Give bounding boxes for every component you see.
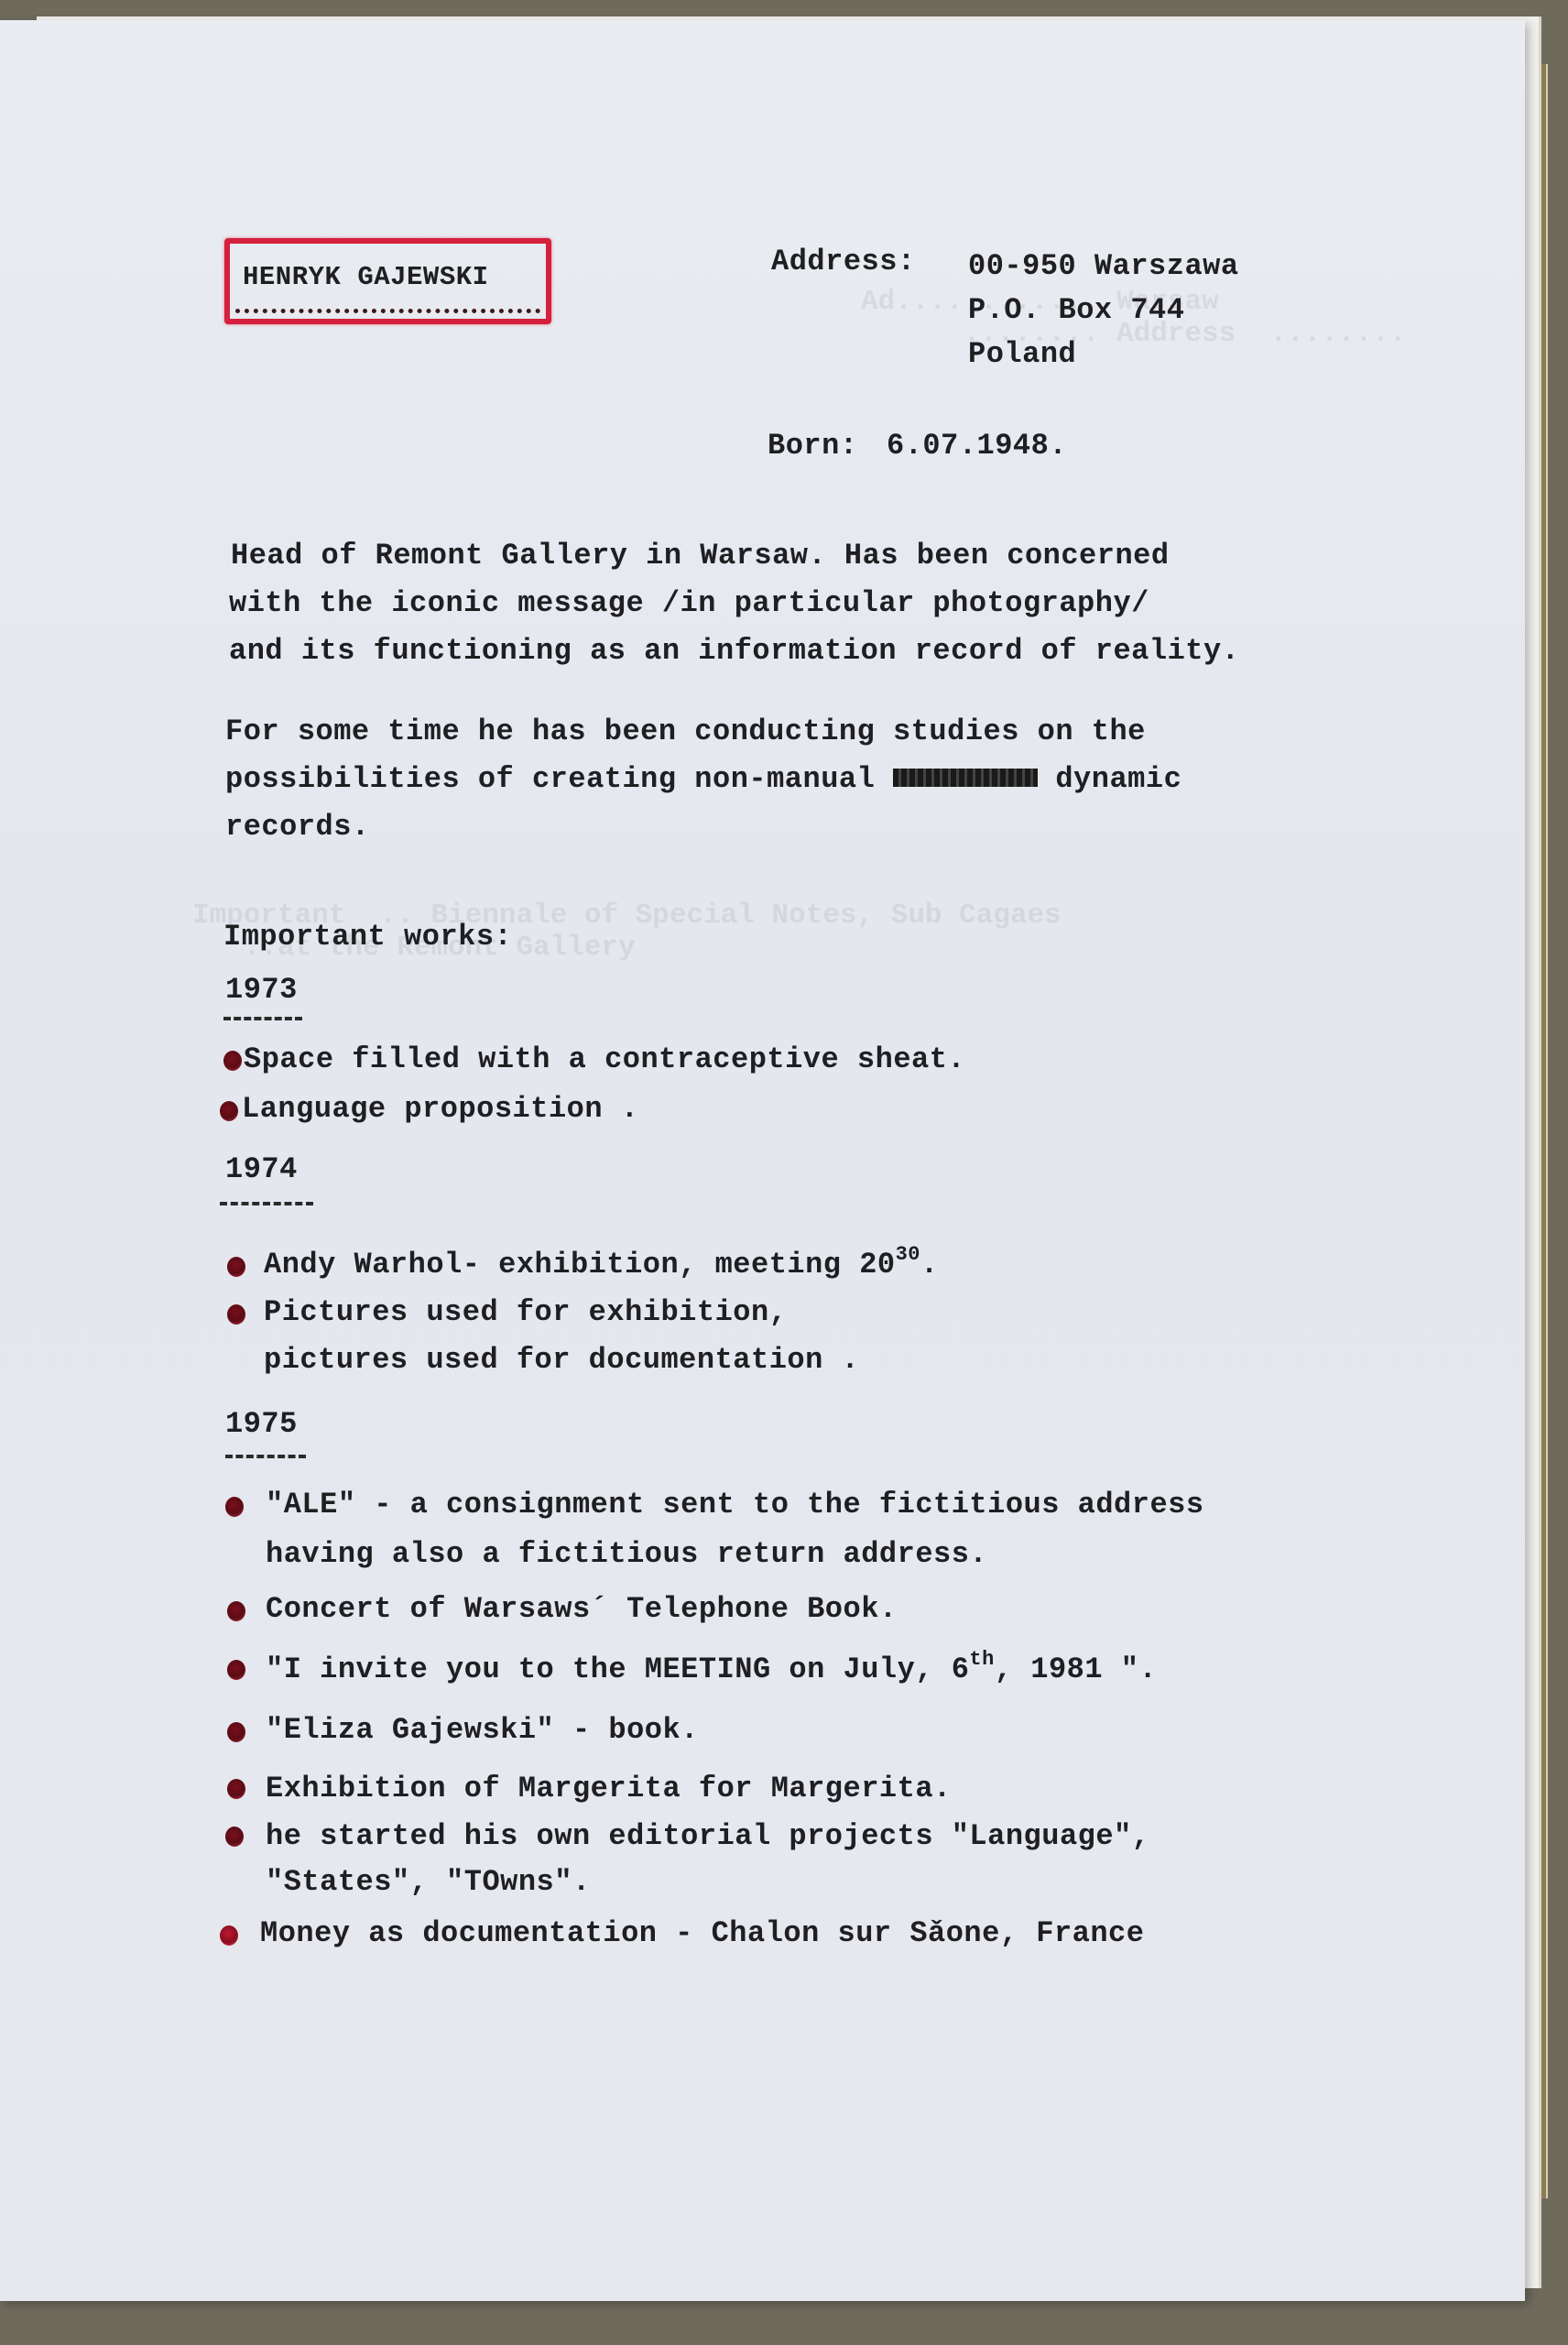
work-item: Exhibition of Margerita for Margerita. <box>266 1772 952 1805</box>
bio-text: possibilities of creating non-manual <box>225 762 893 796</box>
year-underline <box>225 1455 306 1458</box>
address-label: Address: <box>771 245 916 278</box>
works-heading: Important works: <box>223 920 512 954</box>
born-label: Born: <box>768 429 858 463</box>
name-stamp-box: HENRYK GAJEWSKI <box>224 238 551 324</box>
born-date: 6.07.1948. <box>887 429 1067 463</box>
work-item: "I invite you to the MEETING on July, 6t… <box>266 1652 1157 1686</box>
bullet-icon <box>227 1304 245 1325</box>
work-item: Andy Warhol- exhibition, meeting 2030. <box>264 1248 939 1282</box>
struck-out-text: xxxxxxxx <box>893 769 1038 787</box>
superscript: th <box>969 1648 994 1671</box>
bullet-icon <box>227 1779 245 1799</box>
work-text: "I invite you to the MEETING on July, 6 <box>266 1652 969 1686</box>
work-text: . <box>920 1248 939 1282</box>
bio-line: and its functioning as an information re… <box>229 634 1239 668</box>
bullet-icon <box>227 1660 245 1680</box>
work-item: Concert of Warsaws´ Telephone Book. <box>266 1592 898 1626</box>
bullet-icon <box>225 1497 244 1517</box>
work-item: Pictures used for exhibition, <box>264 1295 787 1329</box>
address-line-2: P.O. Box 744 <box>968 293 1184 327</box>
bullet-icon <box>227 1257 245 1277</box>
artist-name: HENRYK GAJEWSKI <box>243 262 489 292</box>
work-item-continuation: pictures used for documentation . <box>264 1343 859 1377</box>
work-item-continuation: "States", "TOwns". <box>266 1865 591 1899</box>
work-item: "ALE" - a consignment sent to the fictit… <box>266 1488 1204 1522</box>
year-underline <box>223 1017 302 1020</box>
bullet-icon <box>223 1051 242 1071</box>
address-line-3: Poland <box>968 337 1076 371</box>
year-underline <box>220 1202 313 1205</box>
work-text: Andy Warhol- exhibition, meeting 20 <box>264 1248 896 1282</box>
year-heading-1973: 1973 <box>225 973 298 1007</box>
bio-line: with the iconic message /in particular p… <box>229 586 1149 620</box>
bio-text: dynamic <box>1038 762 1182 796</box>
work-item: Language proposition . <box>242 1092 638 1126</box>
work-item-continuation: having also a fictitious return address. <box>266 1537 987 1571</box>
bio-line: records. <box>225 810 370 844</box>
work-item: "Eliza Gajewski" - book. <box>266 1713 699 1747</box>
work-item: Space filled with a contraceptive sheat. <box>244 1042 965 1076</box>
name-underline <box>235 305 540 313</box>
superscript: 30 <box>896 1243 920 1266</box>
work-item: he started his own editorial projects "L… <box>266 1819 1149 1853</box>
bio-line: For some time he has been conducting stu… <box>225 714 1146 748</box>
bullet-icon <box>220 1101 238 1121</box>
bullet-icon <box>227 1601 245 1621</box>
address-line-1: 00-950 Warszawa <box>968 249 1239 283</box>
year-heading-1975: 1975 <box>225 1407 298 1441</box>
bio-line: Head of Remont Gallery in Warsaw. Has be… <box>231 539 1170 573</box>
bullet-icon <box>220 1925 238 1946</box>
bullet-icon <box>225 1827 244 1847</box>
bio-line: possibilities of creating non-manual xxx… <box>225 762 1181 796</box>
typewritten-page: Ad............ Warsaw ........ Address .… <box>0 20 1525 2301</box>
bullet-icon <box>227 1722 245 1742</box>
work-text: , 1981 ". <box>995 1652 1157 1686</box>
work-item: Money as documentation - Chalon sur Sǎo… <box>260 1916 1144 1950</box>
year-heading-1974: 1974 <box>225 1152 298 1186</box>
